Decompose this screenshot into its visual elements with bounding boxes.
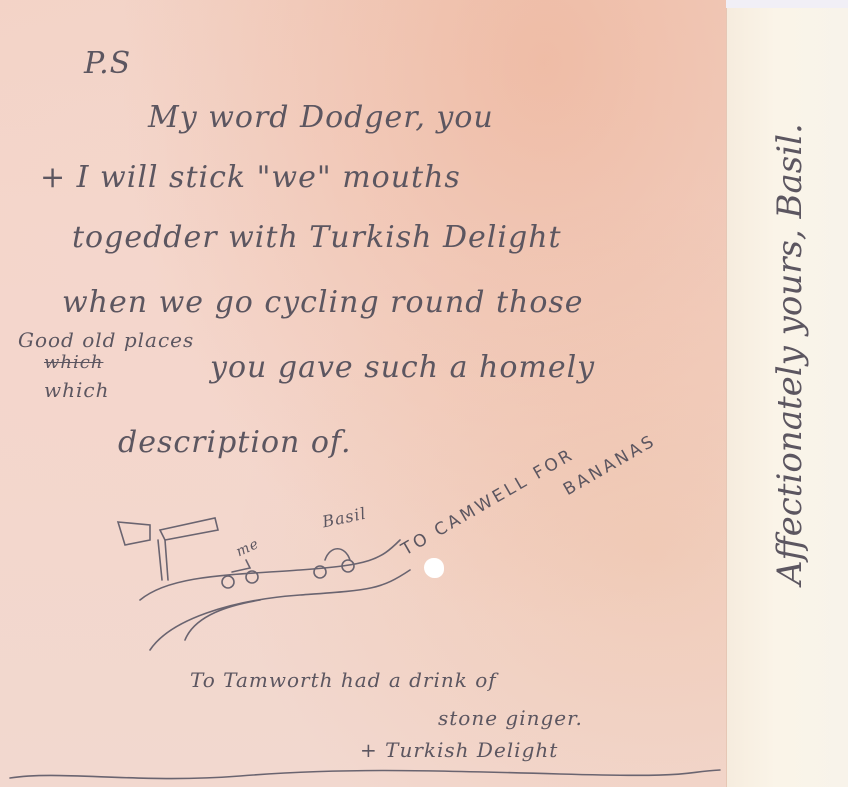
signoff-vertical: Affectionately yours, Basil. xyxy=(770,123,810,585)
tamworth-line-2: stone ginger. xyxy=(438,706,583,730)
tamworth-line-1: To Tamworth had a drink of xyxy=(190,668,497,692)
tamworth-line-3: + Turkish Delight xyxy=(360,738,558,762)
paper-hole xyxy=(424,558,444,578)
